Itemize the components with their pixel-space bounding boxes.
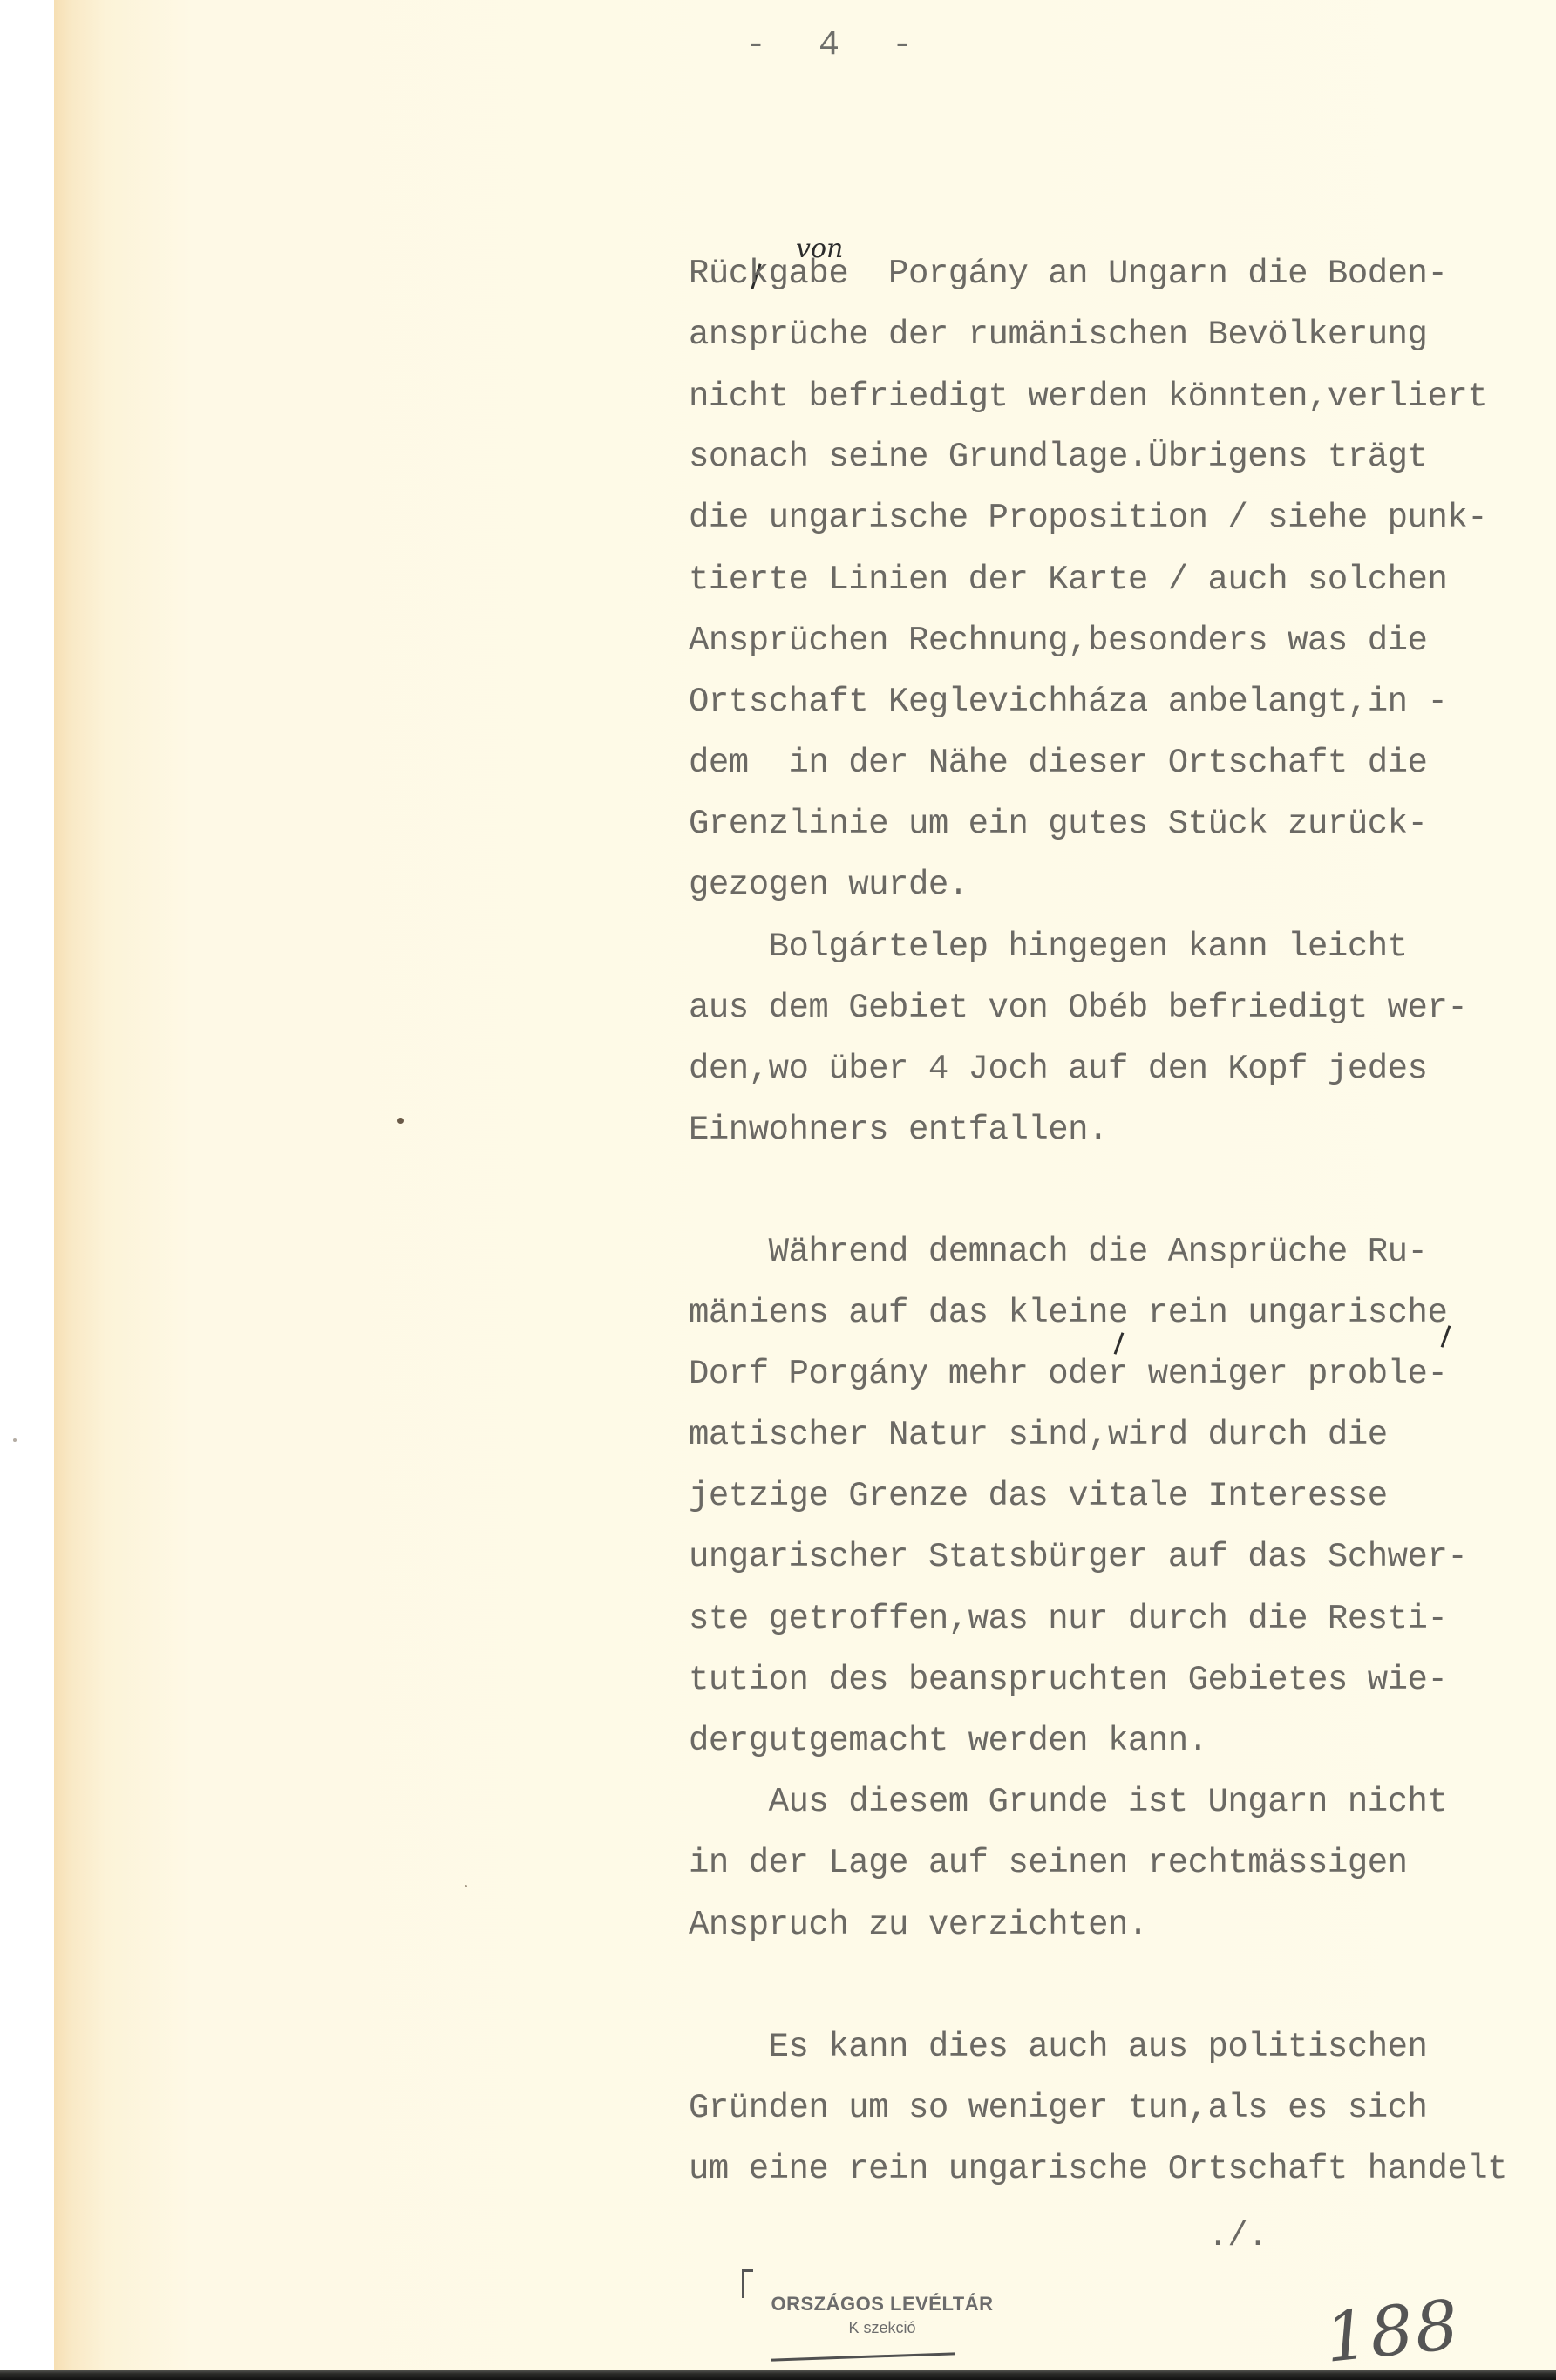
archive-stamp: ORSZÁGOS LEVÉLTÁR K szekció xyxy=(751,2293,1013,2337)
text-line: die ungarische Proposition / siehe punk- xyxy=(689,501,1487,535)
text-line: ungarischer Statsbürger auf das Schwer- xyxy=(689,1540,1467,1574)
text-line: matischer Natur sind,wird durch die xyxy=(689,1418,1388,1452)
text-line: Ansprüchen Rechnung,besonders was die xyxy=(689,624,1427,658)
text-line: Rückgabe Porgány an Ungarn die Boden- xyxy=(689,257,1447,291)
text-line: Anspruch zu verzichten. xyxy=(689,1908,1148,1942)
text-line: tution des beanspruchten Gebietes wie- xyxy=(689,1663,1447,1697)
text-line: aus dem Gebiet von Obéb befriedigt wer- xyxy=(689,991,1467,1025)
scanner-bottom-edge xyxy=(0,2370,1556,2380)
paper-sheet xyxy=(54,0,1556,2370)
text-line: sonach seine Grundlage.Übrigens trägt xyxy=(689,440,1427,474)
text-line: Während demnach die Ansprüche Ru- xyxy=(689,1235,1427,1269)
text-line: tierte Linien der Karte / auch solchen xyxy=(689,563,1447,597)
paper-speck xyxy=(397,1118,404,1124)
text-line: den,wo über 4 Joch auf den Kopf jedes xyxy=(689,1052,1427,1086)
paper-speck xyxy=(465,1885,467,1887)
text-line: in der Lage auf seinen rechtmässigen xyxy=(689,1846,1408,1880)
text-line: nicht befriedigt werden könnten,verliert xyxy=(689,380,1487,414)
handwritten-folio-number: 188 xyxy=(1322,2286,1464,2378)
text-line: dem in der Nähe dieser Ortschaft die xyxy=(689,746,1427,780)
text-line: mäniens auf das kleine rein ungarische xyxy=(689,1296,1447,1330)
text-line: dergutgemacht werden kann. xyxy=(689,1724,1208,1758)
stamp-subtitle: K szekció xyxy=(751,2319,1013,2337)
text-line: jetzige Grenze das vitale Interesse xyxy=(689,1479,1388,1513)
text-line: Grenzlinie um ein gutes Stück zurück- xyxy=(689,807,1427,841)
text-line: ansprüche der rumänischen Bevölkerung xyxy=(689,318,1427,352)
paper-speck xyxy=(13,1438,17,1442)
text-line: Gründen um so weniger tun,als es sich xyxy=(689,2091,1427,2125)
scanned-document-page: - 4 - von Rückgabe Porgány an Ungarn die… xyxy=(0,0,1556,2380)
text-line: Es kann dies auch aus politischen xyxy=(689,2030,1427,2064)
text-line: Ortschaft Keglevichháza anbelangt,in - xyxy=(689,685,1447,719)
text-line: um eine rein ungarische Ortschaft handel… xyxy=(689,2152,1507,2186)
text-line: Dorf Porgány mehr oder weniger proble- xyxy=(689,1357,1447,1391)
text-line: Aus diesem Grunde ist Ungarn nicht xyxy=(689,1785,1447,1819)
stamp-title: ORSZÁGOS LEVÉLTÁR xyxy=(751,2293,1013,2315)
text-line: ste getroffen,was nur durch die Resti- xyxy=(689,1602,1447,1636)
text-line: gezogen wurde. xyxy=(689,868,968,902)
text-line: ./. xyxy=(689,2220,1267,2254)
text-line: Bolgártelep hingegen kann leicht xyxy=(689,930,1408,964)
text-line: Einwohners entfallen. xyxy=(689,1113,1108,1147)
page-number: - 4 - xyxy=(745,26,928,65)
